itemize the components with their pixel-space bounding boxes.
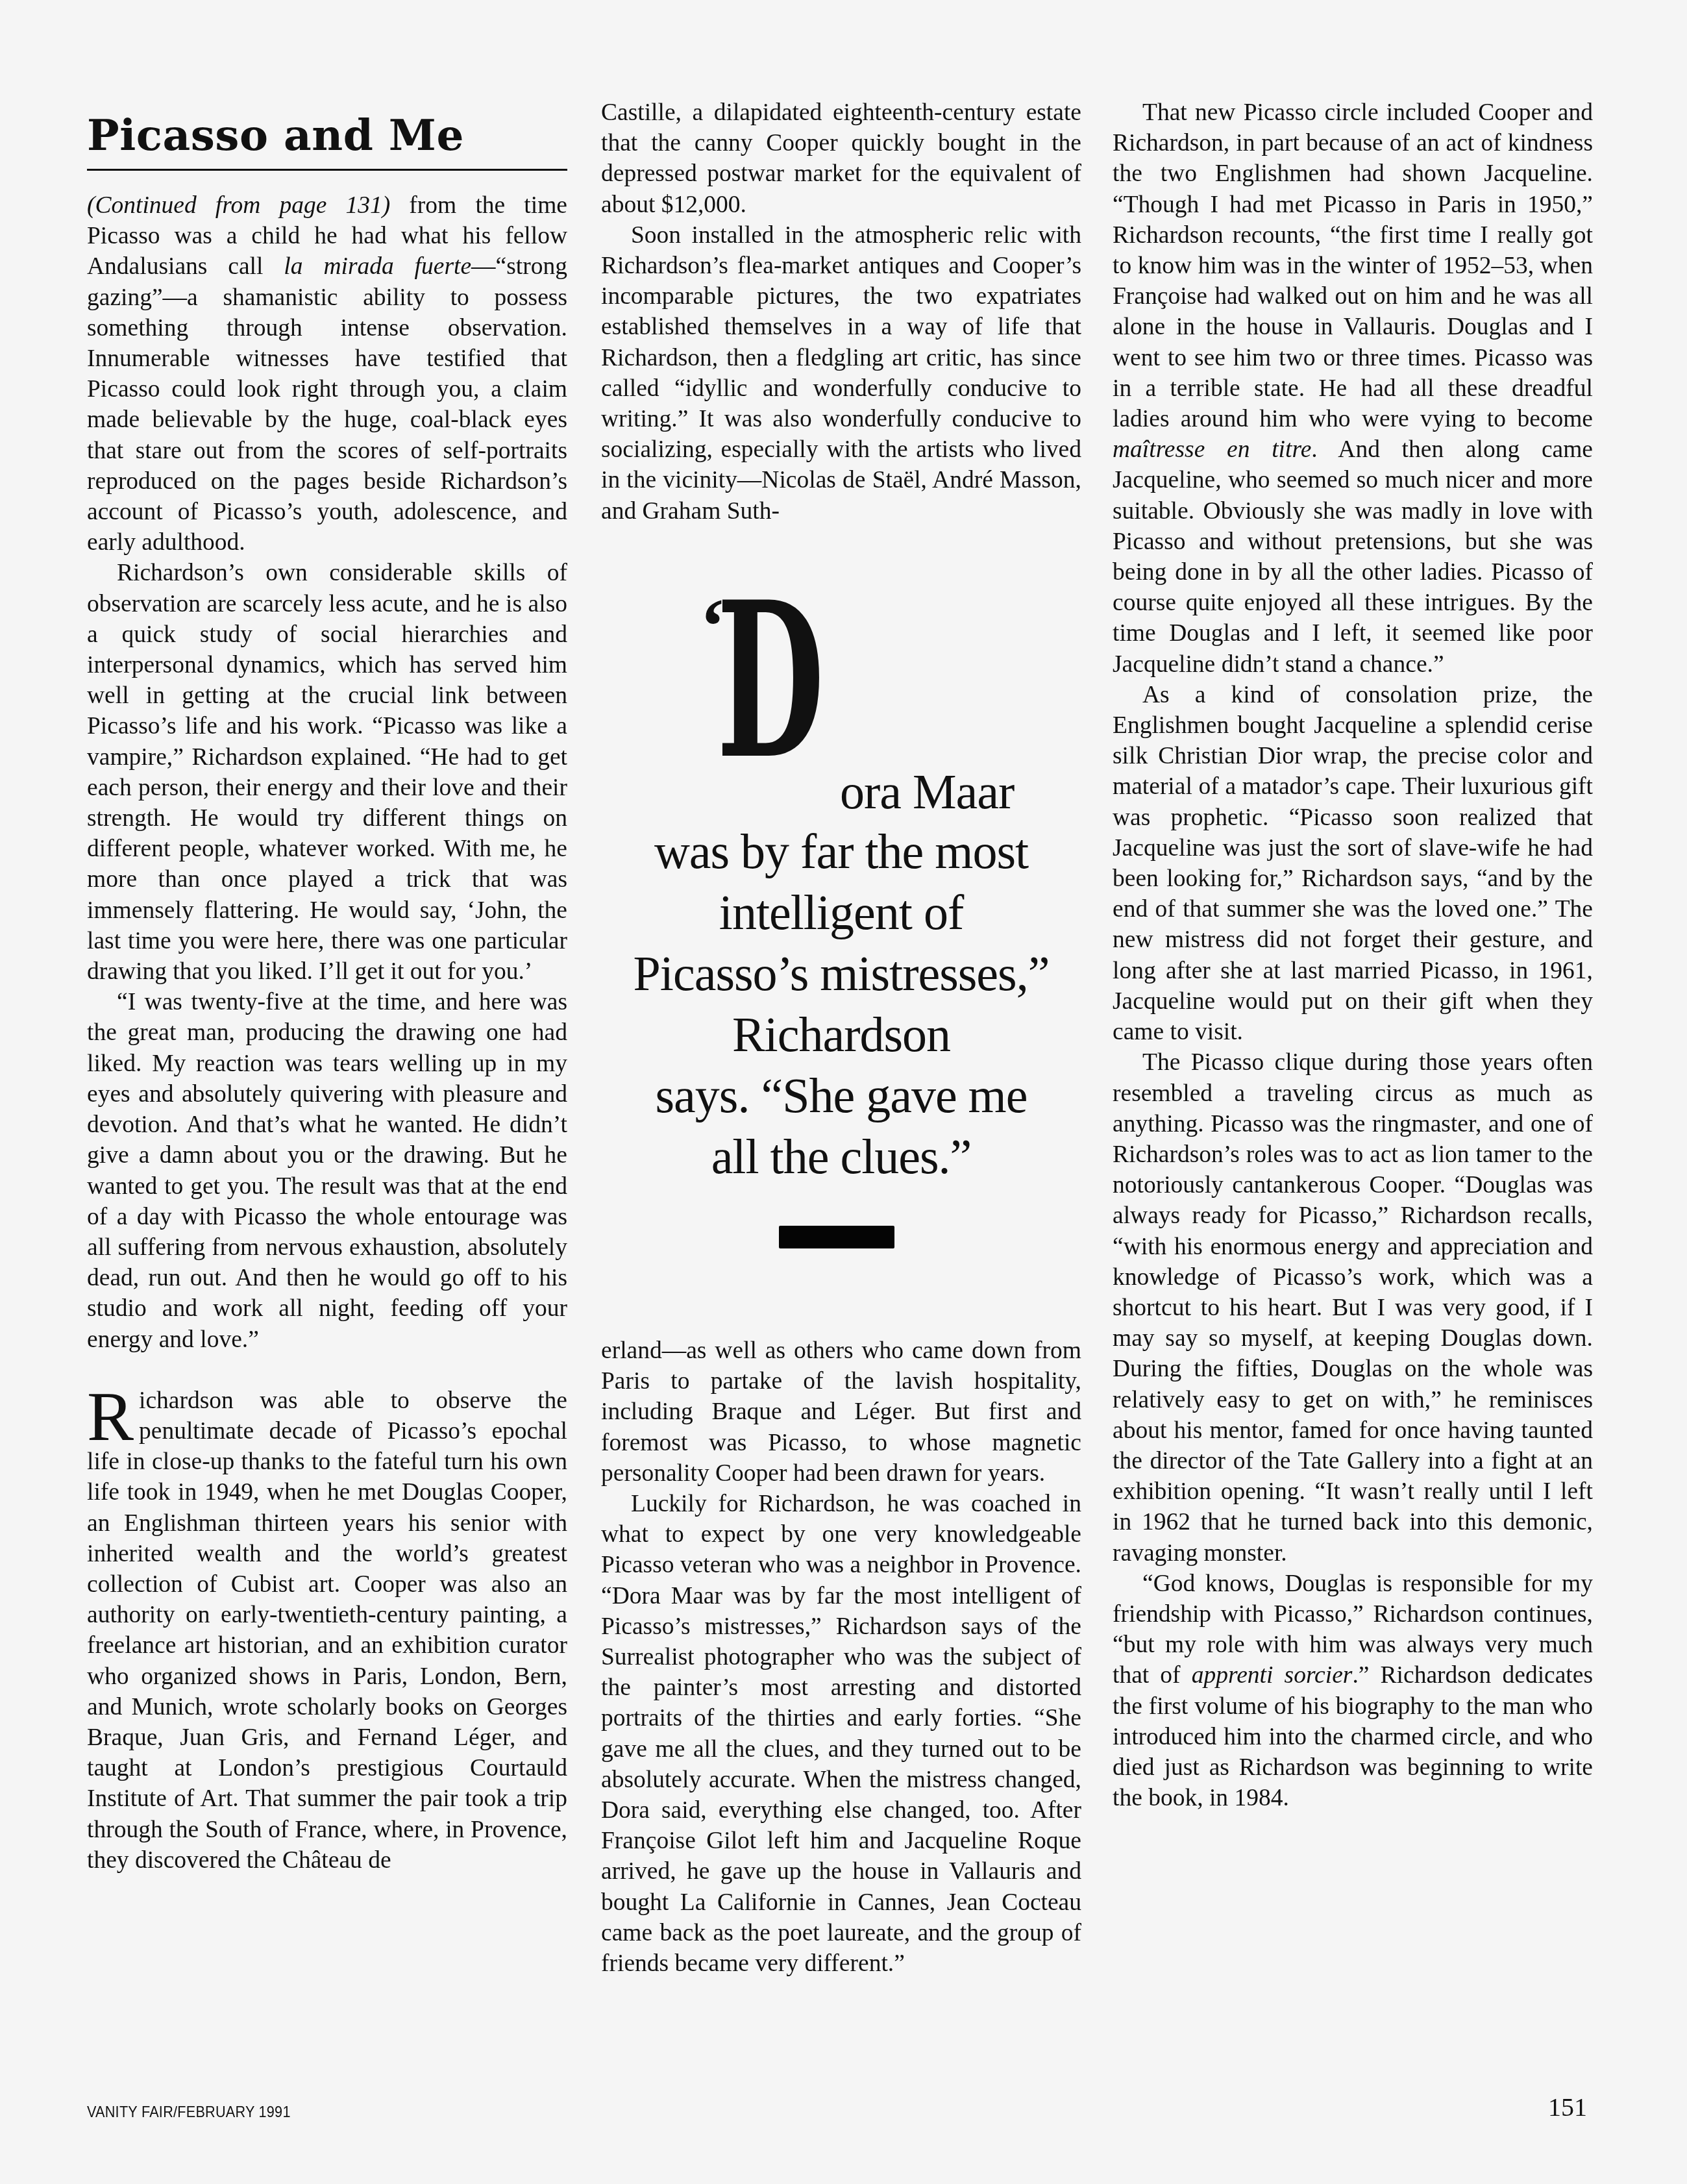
paragraph: The Picasso clique during those years of… [1113,1047,1593,1568]
paragraph: Castille, a dilapidated eighteenth-centu… [601,97,1081,220]
pull-quote-end-bar [779,1226,894,1248]
column-2-bottom: erland—as well as others who came down f… [601,1335,1081,1979]
paragraph: Luckily for Richardson, he was coached i… [601,1489,1081,1979]
pull-quote-line: ora Maar [840,762,1014,823]
pull-quote-line: all the clues.” [601,1126,1081,1187]
pull-quote-line: intelligent of [601,882,1081,943]
pull-quote-line: says. “She gave me [601,1065,1081,1126]
pull-quote-line: was by far the most [601,821,1081,882]
paragraph: “I was twenty-five at the time, and here… [87,987,567,1354]
paragraph: Soon installed in the atmospheric relic … [601,220,1081,527]
page-number: 151 [1548,2092,1587,2122]
paragraph: As a kind of consolation prize, the Engl… [1113,680,1593,1047]
continued-from-note: (Continued from page 131) [87,192,390,219]
article-title: Picasso and Me [87,109,567,161]
paragraph: That new Picasso circle included Cooper … [1113,97,1593,680]
column-1: Picasso and Me (Continued from page 131)… [87,84,567,1876]
column-3: That new Picasso circle included Cooper … [1113,97,1593,1813]
paragraph: Richardson’s own considerable skills of … [87,558,567,987]
paragraph: “God knows, Douglas is responsible for m… [1113,1569,1593,1814]
title-rule [87,169,567,171]
pull-quote-line: Picasso’s mistresses,” [601,943,1081,1004]
pull-quote-initial: D [717,573,824,788]
pull-quote: ‘ D ora Maar was by far the most intelli… [601,588,1081,1187]
paragraph: erland—as well as others who came down f… [601,1335,1081,1489]
drop-cap-letter: R [87,1387,139,1445]
publication-footer: VANITY FAIR/FEBRUARY 1991 [87,2103,291,2122]
pull-quote-line: Richardson [601,1004,1081,1065]
column-2-top: Castille, a dilapidated eighteenth-centu… [601,97,1081,527]
paragraph-dropcap: Richardson was able to observe the penul… [87,1385,567,1876]
pull-quote-opening: ‘ D ora Maar [601,588,1081,821]
paragraph: (Continued from page 131) from the time … [87,190,567,558]
